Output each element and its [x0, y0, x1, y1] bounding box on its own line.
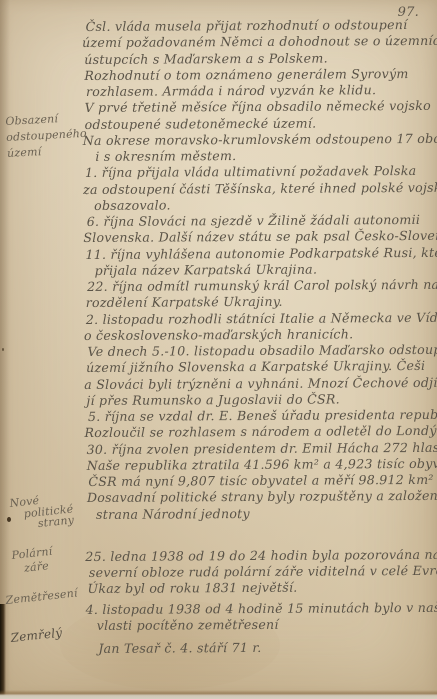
text-line: 30. října zvolen presidentem dr. Emil Há… [87, 439, 437, 457]
ink-speck [2, 348, 4, 351]
scanned-chronicle-page: 97. Obsazení odstoupeného území Nové pol… [0, 0, 437, 699]
text-line: za odstoupení části Těšínska, které ihne… [83, 179, 433, 197]
margin-note-new-political-parties: Nové politické strany [9, 491, 75, 532]
text-line: rozhlasem. Armáda i národ vyzván ke klid… [86, 82, 436, 100]
text-line: a Slováci byli trýzněni a vyhnáni. Mnozí… [84, 374, 434, 392]
text-line: 11. října vyhlášena autonomie Podkarpats… [85, 244, 435, 262]
margin-note-line: Zemřelý [10, 626, 63, 645]
text-line: Rozloučil se rozhlasem s národem a odlet… [84, 423, 434, 441]
text-line: Dosavadní politické strany byly rozpuště… [87, 488, 437, 506]
text-line: severní obloze rudá polární záře viditel… [89, 563, 437, 581]
text-line: strana Národní jednoty [87, 504, 437, 522]
text-line: vlasti pocítěno zemětřesení [88, 616, 437, 634]
book-edge-dark-sliver [0, 604, 6, 696]
text-line: ČSR má nyní 9,807 tisíc obyvatel a měří … [88, 472, 437, 490]
margin-note-line: území [7, 142, 88, 162]
main-text-block: Čsl. vláda musela přijat rozhodnutí o od… [84, 17, 437, 657]
text-line: Jan Tesař č. 4. stáří 71 r. [89, 639, 437, 657]
text-line: V prvé třetině měsíce října obsadilo něm… [84, 98, 434, 116]
margin-note-earthquake: Zemětřesení [5, 586, 78, 607]
margin-note-occupied-territory: Obsazení odstoupeného území [5, 110, 88, 162]
text-line: i s okresním městem. [86, 147, 436, 165]
text-line: Úkaz byl od roku 1831 největší. [87, 579, 437, 597]
text-line: 22. října odmítl rumunský král Carol pol… [87, 277, 437, 295]
margin-note-deceased: Zemřelý [10, 626, 63, 645]
text-line: 4. listopadu 1938 od 4 hodině 15 minutác… [86, 599, 436, 617]
page-bottom-edge [0, 690, 437, 699]
margin-note-polar-aurora: Polární záře [11, 545, 55, 577]
text-line: Ve dnech 5.-10. listopadu obsadilo Maďar… [87, 342, 437, 360]
margin-note-line: Zemětřesení [5, 586, 78, 607]
text-line: Slovenska. Další název státu se pak psal… [83, 228, 433, 246]
text-line: území požadovaném Němci a dohodnout se o… [82, 33, 432, 51]
